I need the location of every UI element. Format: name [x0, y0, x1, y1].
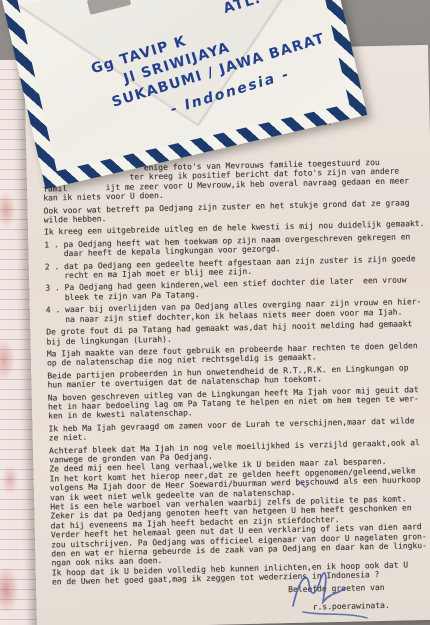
photo-of-letter-and-envelope: Ge 78. Eer enige foto's van Mevrouws fam… [0, 0, 430, 625]
ink-correction-mark [296, 479, 310, 489]
letter-body: Eer enige foto's van Mevrouws familie to… [43, 157, 430, 621]
letter-paragraph: Achteraf bleek dat Ma Ijah in nog vele m… [49, 437, 430, 587]
signature [279, 566, 375, 624]
letter-paragraph: Na boven geschreven uitleg van de Lingku… [48, 384, 430, 421]
